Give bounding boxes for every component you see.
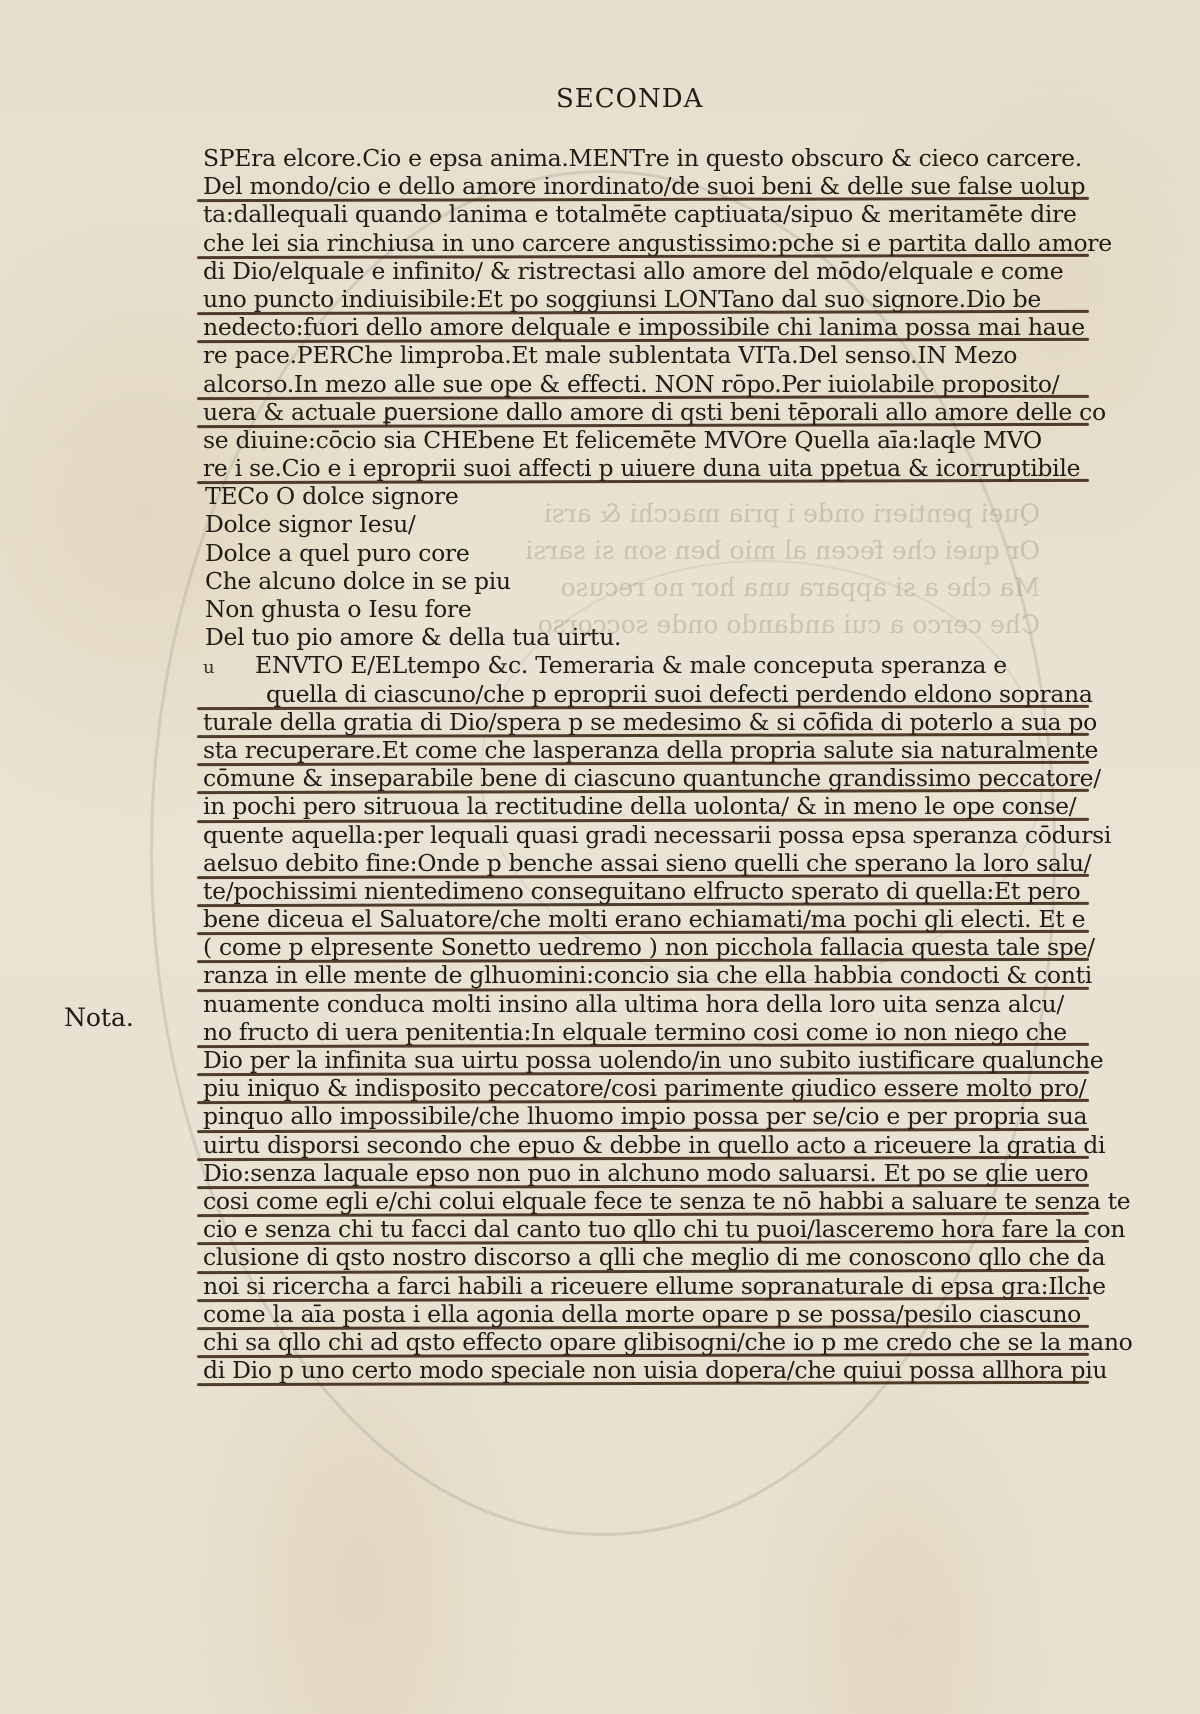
verse-line: Del tuo pio amore & della tua uirtu. [203, 623, 1083, 651]
margin-note: Nota. [64, 1003, 134, 1032]
line-text: re i se.Cio e i eproprii suoi affecti p … [203, 454, 1080, 482]
text-line: cio e senza chi tu facci dal canto tuo q… [203, 1215, 1083, 1243]
text-line: Dio:senza laquale epso non puo in alchun… [203, 1159, 1083, 1187]
line-text: se diuine:cōcio sia CHEbene Et felicemēt… [203, 426, 1042, 454]
verse-line: Dolce a quel puro core [203, 539, 1083, 567]
line-text: ENVTO E/ELtempo &c. Temeraria & male con… [255, 651, 1007, 679]
line-text: sta recuperare.Et come che lasperanza de… [203, 736, 1098, 764]
text-line: ta:dallequali quando lanima e totalmēte … [203, 200, 1083, 228]
text-line: no fructo di uera penitentia:In elquale … [203, 1018, 1083, 1046]
text-line: uera & actuale ꝑuersione dallo amore di … [203, 398, 1083, 426]
text-line: re i se.Cio e i eproprii suoi affecti p … [203, 454, 1083, 482]
text-line: cōmune & inseparabile bene di ciascuno q… [203, 764, 1083, 792]
line-text: Che alcuno dolce in se piu [205, 567, 511, 595]
line-text: SPEra elcore.Cio e epsa anima.MENTre in … [203, 144, 1082, 172]
line-text: bene diceua el Saluatore/che molti erano… [203, 905, 1085, 933]
line-text: alcorso.In mezo alle sue ope & effecti. … [203, 370, 1059, 398]
line-text: ta:dallequali quando lanima e totalmēte … [203, 200, 1077, 228]
text-line: bene diceua el Saluatore/che molti erano… [203, 905, 1083, 933]
line-text: turale della gratia di Dio/spera p se me… [203, 708, 1097, 736]
line-text: te/pochissimi nientedimeno conseguitano … [203, 877, 1080, 905]
line-text: cio e senza chi tu facci dal canto tuo q… [203, 1215, 1125, 1243]
text-line: ranza in elle mente de glhuomini:concio … [203, 961, 1083, 989]
line-text: uirtu disporsi secondo che epuo & debbe … [203, 1131, 1105, 1159]
text-line: clusione di qsto nostro discorso a qlli … [203, 1243, 1083, 1271]
guide-letter: u [203, 654, 221, 682]
line-text: pinquo allo impossibile/che lhuomo impio… [203, 1102, 1087, 1130]
line-text: Non ghusta o Iesu fore [205, 595, 471, 623]
line-text: uno puncto indiuisibile:Et po soggiunsi … [203, 285, 1041, 313]
line-text: come la aīa posta i ella agonia della mo… [203, 1300, 1081, 1328]
verse-line: Dolce signor Iesu/ [203, 510, 1083, 538]
line-text: chi sa qllo chi ad qsto effecto opare gl… [203, 1328, 1133, 1356]
line-text: Dolce a quel puro core [205, 539, 469, 567]
text-line: Dio per la infinita sua uirtu possa uole… [203, 1046, 1083, 1074]
line-text: noi si ricercha a farci habili a riceuer… [203, 1272, 1106, 1300]
text-line: noi si ricercha a farci habili a riceuer… [203, 1272, 1083, 1300]
line-text: aelsuo debito fine:Onde p benche assai s… [203, 849, 1091, 877]
line-text: Dio:senza laquale epso non puo in alchun… [203, 1159, 1088, 1187]
line-text: Dolce signor Iesu/ [205, 510, 416, 538]
text-line: nuamente conduca molti insino alla ultim… [203, 990, 1083, 1018]
text-line: uENVTO E/ELtempo &c. Temeraria & male co… [203, 651, 1083, 679]
line-text: no fructo di uera penitentia:In elquale … [203, 1018, 1067, 1046]
text-line: chi sa qllo chi ad qsto effecto opare gl… [203, 1328, 1083, 1356]
line-text: uera & actuale ꝑuersione dallo amore di … [203, 398, 1106, 426]
text-line: cosi come egli e/chi colui elquale fece … [203, 1187, 1083, 1215]
text-line: di Dio/elquale e infinito/ & ristrectasi… [203, 257, 1083, 285]
text-line: di Dio p uno certo modo speciale non uis… [203, 1356, 1083, 1384]
verse-line: TECo O dolce signore [203, 482, 1083, 510]
line-text: piu iniquo & indisposito peccatore/cosi … [203, 1074, 1086, 1102]
text-line: uirtu disporsi secondo che epuo & debbe … [203, 1131, 1083, 1159]
text-line: pinquo allo impossibile/che lhuomo impio… [203, 1102, 1083, 1130]
text-line: quente aquella:per lequali quasi gradi n… [203, 821, 1083, 849]
text-line: uno puncto indiuisibile:Et po soggiunsi … [203, 285, 1083, 313]
line-text: ranza in elle mente de glhuomini:concio … [203, 961, 1092, 989]
text-line: aelsuo debito fine:Onde p benche assai s… [203, 849, 1083, 877]
verse-line: Che alcuno dolce in se piu [203, 567, 1083, 595]
line-text: cōmune & inseparabile bene di ciascuno q… [203, 764, 1101, 792]
line-text: in pochi pero sitruoua la rectitudine de… [203, 792, 1076, 820]
text-line: quella di ciascuno/che p eproprii suoi d… [203, 680, 1083, 708]
line-text: nedecto:fuori dello amore delquale e imp… [203, 313, 1085, 341]
text-body: SPEra elcore.Cio e epsa anima.MENTre in … [203, 144, 1083, 1384]
text-line: piu iniquo & indisposito peccatore/cosi … [203, 1074, 1083, 1102]
text-line: sta recuperare.Et come che lasperanza de… [203, 736, 1083, 764]
line-text: cosi come egli e/chi colui elquale fece … [203, 1187, 1130, 1215]
line-text: di Dio/elquale e infinito/ & ristrectasi… [203, 257, 1063, 285]
text-line: re pace.PERChe limproba.Et male sublenta… [203, 341, 1083, 369]
line-text: che lei sia rinchiusa in uno carcere ang… [203, 229, 1112, 257]
text-line: turale della gratia di Dio/spera p se me… [203, 708, 1083, 736]
text-line: come la aīa posta i ella agonia della mo… [203, 1300, 1083, 1328]
line-text: clusione di qsto nostro discorso a qlli … [203, 1243, 1105, 1271]
verse-line: Non ghusta o Iesu fore [203, 595, 1083, 623]
line-text: TECo O dolce signore [205, 482, 458, 510]
line-text: quella di ciascuno/che p eproprii suoi d… [266, 680, 1093, 708]
text-line: te/pochissimi nientedimeno conseguitano … [203, 877, 1083, 905]
text-line: se diuine:cōcio sia CHEbene Et felicemēt… [203, 426, 1083, 454]
line-text: nuamente conduca molti insino alla ultim… [203, 990, 1064, 1018]
running-head: SECONDA [556, 84, 703, 114]
line-text: di Dio p uno certo modo speciale non uis… [203, 1356, 1107, 1384]
line-text: quente aquella:per lequali quasi gradi n… [203, 821, 1111, 849]
line-text: Del tuo pio amore & della tua uirtu. [205, 623, 621, 651]
text-line: in pochi pero sitruoua la rectitudine de… [203, 792, 1083, 820]
line-text: re pace.PERChe limproba.Et male sublenta… [203, 341, 1017, 369]
text-line: Del mondo/cio e dello amore inordinato/d… [203, 172, 1083, 200]
line-text: Dio per la infinita sua uirtu possa uole… [203, 1046, 1103, 1074]
text-line: nedecto:fuori dello amore delquale e imp… [203, 313, 1083, 341]
text-line: alcorso.In mezo alle sue ope & effecti. … [203, 370, 1083, 398]
text-line: ( come p elpresente Sonetto uedremo ) no… [203, 933, 1083, 961]
text-line: SPEra elcore.Cio e epsa anima.MENTre in … [203, 144, 1083, 172]
line-text: ( come p elpresente Sonetto uedremo ) no… [203, 933, 1095, 961]
text-line: che lei sia rinchiusa in uno carcere ang… [203, 229, 1083, 257]
line-text: Del mondo/cio e dello amore inordinato/d… [203, 172, 1085, 200]
